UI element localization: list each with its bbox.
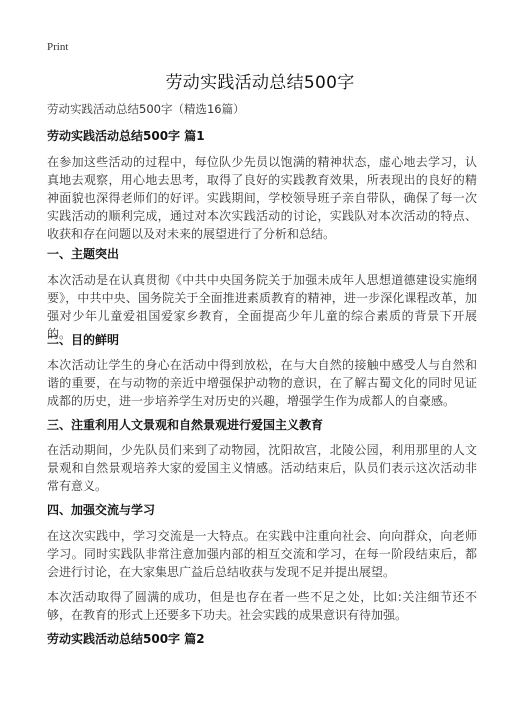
page-title: 劳动实践活动总结500字 — [0, 68, 520, 93]
article-1-heading: 劳动实践活动总结500字 篇1 — [47, 127, 205, 144]
section-2-body: 本次活动让学生的身心在活动中得到放松，在与大自然的接触中感受人与自然和谐的重要，… — [47, 356, 477, 410]
article-2-heading: 劳动实践活动总结500字 篇2 — [47, 630, 205, 647]
section-3-heading: 三、注重利用人文景观和自然景观进行爱国主义教育 — [47, 416, 323, 433]
article-1-intro: 在参加这些活动的过程中，每位队少先员以饱满的精神状态，虚心地去学习，认真地去观察… — [47, 153, 477, 243]
section-4-heading: 四、加强交流与学习 — [47, 501, 155, 518]
section-1-heading: 一、主题突出 — [47, 245, 119, 262]
document-subtitle: 劳动实践活动总结500字（精选16篇） — [47, 101, 245, 117]
section-4-body: 在这次实践中，学习交流是一大特点。在实践中注重向社会、向向群众，向老师学习。同时… — [47, 527, 477, 581]
article-1-conclusion: 本次活动取得了圆满的成功，但是也存在者一些不足之处，比如:关注细节还不够，在教育… — [47, 588, 477, 624]
section-2-heading: 二、目的鲜明 — [47, 331, 119, 348]
print-label: Print — [47, 41, 68, 53]
section-3-body: 在活动期间，少先队员们来到了动物园，沈阳故宫，北陵公园，利用那里的人文景观和自然… — [47, 441, 477, 495]
